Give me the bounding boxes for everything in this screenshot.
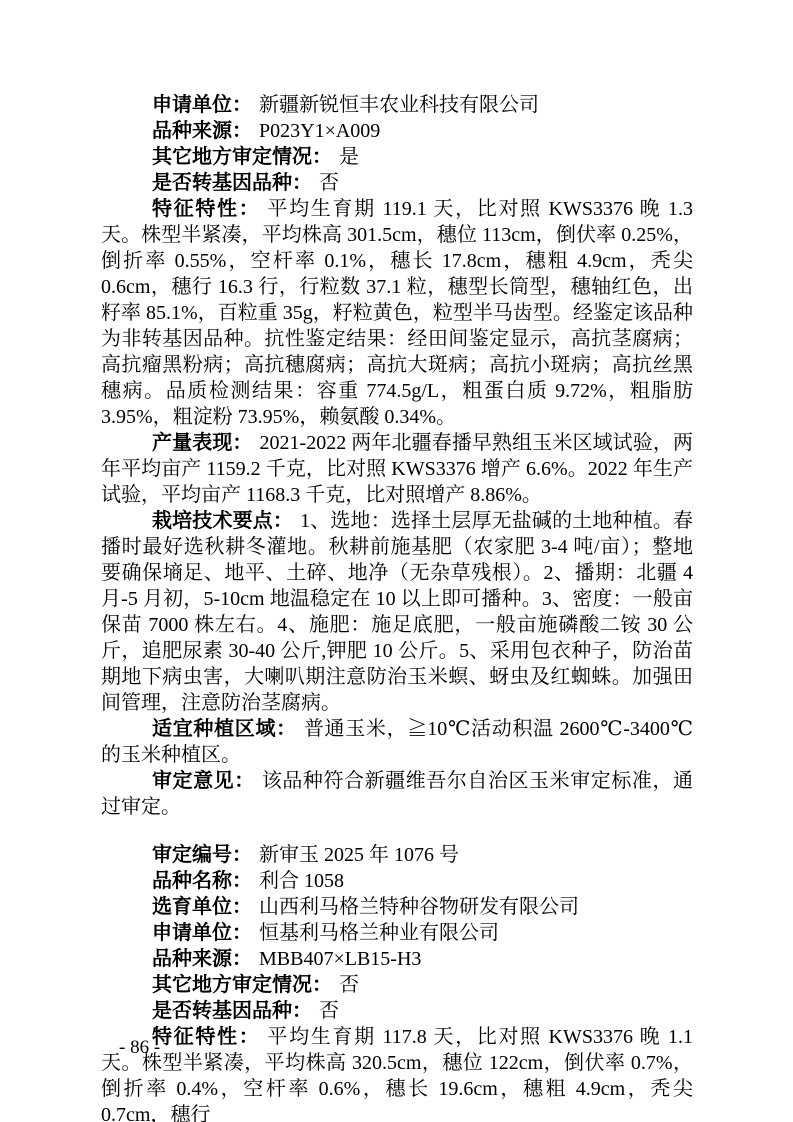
field-applicant-unit: 申请单位：恒基利马格兰种业有限公司 <box>101 920 693 946</box>
field-value: 否 <box>319 172 339 194</box>
para-yield-performance: 产量表现：2021-2022 两年北疆春播早熟组玉米区域试验，两年平均亩产 11… <box>101 430 693 508</box>
field-value: 利合 1058 <box>259 870 344 892</box>
field-label: 是否转基因品种： <box>152 172 312 194</box>
para-label: 特征特性： <box>152 1026 260 1048</box>
field-value: 新审玉 2025 年 1076 号 <box>259 844 459 866</box>
field-gmo-status: 是否转基因品种：否 <box>101 998 693 1024</box>
para-label: 栽培技术要点： <box>152 510 293 532</box>
document-body: 申请单位：新疆新锐恒丰农业科技有限公司 品种来源：P023Y1×A009 其它地… <box>101 92 693 1122</box>
field-label: 品种来源： <box>152 120 252 142</box>
field-approval-number: 审定编号：新审玉 2025 年 1076 号 <box>101 842 693 868</box>
field-other-region-approval: 其它地方审定情况：是 <box>101 144 693 170</box>
field-label: 品种来源： <box>152 948 252 970</box>
para-characteristics: 特征特性：平均生育期 119.1 天，比对照 KWS3376 晚 1.3 天。株… <box>101 196 693 430</box>
field-variety-source: 品种来源：P023Y1×A009 <box>101 118 693 144</box>
field-value: 否 <box>319 1000 339 1022</box>
field-variety-source: 品种来源：MBB407×LB15-H3 <box>101 946 693 972</box>
field-other-region-approval: 其它地方审定情况：否 <box>101 972 693 998</box>
para-label: 适宜种植区域： <box>152 718 297 740</box>
field-value: 恒基利马格兰种业有限公司 <box>259 922 499 944</box>
para-cultivation-techniques: 栽培技术要点：1、选地：选择土层厚无盐碱的土地种植。春播时最好选秋耕冬灌地。秋耕… <box>101 508 693 716</box>
entry-separator <box>101 820 693 842</box>
field-label: 其它地方审定情况： <box>152 146 332 168</box>
field-value: 否 <box>339 974 359 996</box>
para-approval-opinion: 审定意见：该品种符合新疆维吾尔自治区玉米审定标准，通过审定。 <box>101 768 693 820</box>
para-text: 平均生育期 119.1 天，比对照 KWS3376 晚 1.3 天。株型半紧凑，… <box>101 198 693 428</box>
para-label: 特征特性： <box>152 198 260 220</box>
field-value: MBB407×LB15-H3 <box>259 948 421 970</box>
page-number: - 86 - <box>119 1036 160 1060</box>
field-value: 新疆新锐恒丰农业科技有限公司 <box>259 94 539 116</box>
field-label: 申请单位： <box>152 922 252 944</box>
para-label: 审定意见： <box>152 770 255 792</box>
field-label: 品种名称： <box>152 870 252 892</box>
para-label: 产量表现： <box>152 432 253 454</box>
para-suitable-regions: 适宜种植区域：普通玉米，≧10℃活动积温 2600℃-3400℃的玉米种植区。 <box>101 716 693 768</box>
field-value: 山西利马格兰特种谷物研发有限公司 <box>259 896 579 918</box>
field-applicant-unit: 申请单位：新疆新锐恒丰农业科技有限公司 <box>101 92 693 118</box>
field-label: 申请单位： <box>152 94 252 116</box>
field-value: P023Y1×A009 <box>259 120 380 142</box>
para-text: 1、选地：选择土层厚无盐碱的土地种植。春播时最好选秋耕冬灌地。秋耕前施基肥（农家… <box>101 510 693 714</box>
field-gmo-status: 是否转基因品种：否 <box>101 170 693 196</box>
field-variety-name: 品种名称：利合 1058 <box>101 868 693 894</box>
field-label: 审定编号： <box>152 844 252 866</box>
field-value: 是 <box>339 146 359 168</box>
field-label: 其它地方审定情况： <box>152 974 332 996</box>
field-breeding-unit: 选育单位：山西利马格兰特种谷物研发有限公司 <box>101 894 693 920</box>
field-label: 是否转基因品种： <box>152 1000 312 1022</box>
para-characteristics: 特征特性：平均生育期 117.8 天，比对照 KWS3376 晚 1.1 天。株… <box>101 1024 693 1122</box>
field-label: 选育单位： <box>152 896 252 918</box>
document-page: 申请单位：新疆新锐恒丰农业科技有限公司 品种来源：P023Y1×A009 其它地… <box>0 0 793 1122</box>
